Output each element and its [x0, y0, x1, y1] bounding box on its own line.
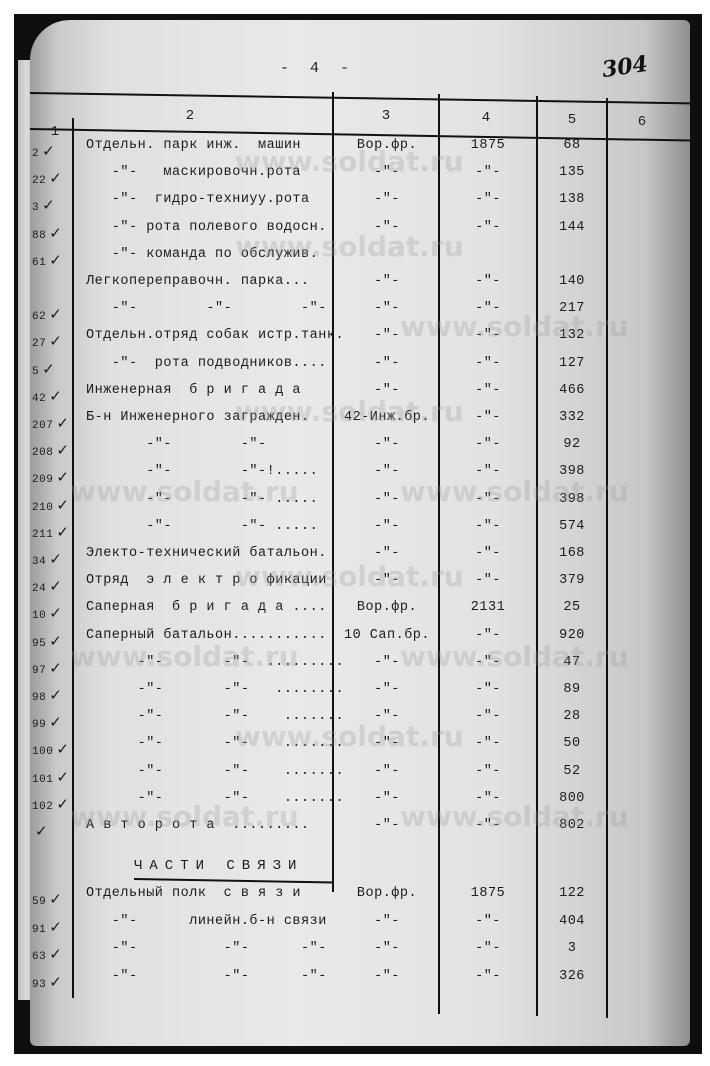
row-number: 97✓ [32, 659, 72, 677]
table-row: 3✓ -"- гидро-техниуу.рота-"--"-138 [30, 192, 690, 218]
list-number: 3 [538, 941, 606, 956]
row-number: 34✓ [32, 550, 72, 568]
section-title: ЧАСТИ СВЯЗИ [134, 858, 303, 874]
row-number-value: 100 [32, 746, 53, 758]
list-number: 466 [538, 383, 606, 398]
row-number: 101✓ [32, 768, 72, 786]
row-number: 2✓ [32, 142, 72, 160]
table-row: 91✓ -"- линейн.б-н связи-"--"-404 [30, 914, 690, 940]
list-number: 89 [538, 682, 606, 697]
table-row: 5✓ -"- рота подводников....-"--"-127 [30, 356, 690, 382]
checkmark-icon: ✓ [49, 604, 62, 622]
column-header-4: 4 [466, 110, 506, 126]
checkmark-icon: ✓ [56, 740, 69, 758]
checkmark-icon: ✓ [49, 577, 62, 595]
checkmark-icon: ✓ [49, 918, 62, 936]
row-number: 211✓ [32, 523, 72, 541]
list-number: 140 [538, 274, 606, 289]
watermark: www.soldat.ru [235, 395, 464, 428]
unit-name: -"- -"- -"- [86, 969, 336, 984]
list-number: 122 [538, 886, 606, 901]
unit-name: -"- -"- [86, 437, 336, 452]
row-number-value: 88 [32, 230, 46, 242]
table-row: 98✓ -"- -"- ........-"--"-89 [30, 682, 690, 708]
row-number: 98✓ [32, 686, 72, 704]
checkmark-icon: ✓ [56, 768, 69, 786]
checkmark-icon: ✓ [56, 496, 69, 514]
unit-name: -"- линейн.б-н связи [86, 914, 336, 929]
row-number: 207✓ [32, 414, 72, 432]
watermark: www.soldat.ru [400, 640, 629, 673]
row-number: 99✓ [32, 713, 72, 731]
field-post: -"- [440, 969, 536, 984]
subordination: -"- [334, 969, 440, 984]
field-post: -"- [440, 764, 536, 779]
list-number: 92 [538, 437, 606, 452]
subordination: -"- [334, 682, 440, 697]
list-number: 127 [538, 356, 606, 371]
list-number: 326 [538, 969, 606, 984]
checkmark-icon: ✓ [49, 686, 62, 704]
row-number: 42✓ [32, 387, 72, 405]
subordination: -"- [334, 546, 440, 561]
row-number-value: 95 [32, 638, 46, 650]
watermark: www.soldat.ru [235, 230, 464, 263]
field-post: -"- [440, 519, 536, 534]
checkmark-icon: ✓ [49, 973, 62, 991]
checkmark-icon: ✓ [49, 305, 62, 323]
subordination: -"- [334, 437, 440, 452]
field-post: 2131 [440, 600, 536, 615]
checkmark-icon: ✓ [49, 550, 62, 568]
table-row: 63✓ -"- -"- -"--"--"-3 [30, 941, 690, 967]
page-number: - 4 - [280, 60, 355, 77]
subordination: -"- [334, 356, 440, 371]
field-post: 1875 [440, 886, 536, 901]
row-number: 59✓ [32, 890, 72, 908]
column-header-6: 6 [622, 114, 662, 130]
row-number-value: 61 [32, 257, 46, 269]
row-number: 209✓ [32, 468, 72, 486]
unit-name: -"- рота подводников.... [86, 356, 336, 371]
unit-name: Отдельный полк с в я з и [86, 886, 336, 901]
checkmark-icon: ✓ [49, 659, 62, 677]
row-number-value: 42 [32, 393, 46, 405]
watermark: www.soldat.ru [70, 475, 299, 508]
table-row: 208✓ -"- -"--"--"-92 [30, 437, 690, 463]
list-number: 379 [538, 573, 606, 588]
field-post: -"- [440, 356, 536, 371]
row-number: 95✓ [32, 632, 72, 650]
checkmark-icon: ✓ [49, 387, 62, 405]
field-post: -"- [440, 941, 536, 956]
unit-name: -"- -"- -"- [86, 941, 336, 956]
watermark: www.soldat.ru [400, 800, 629, 833]
table-top-border [30, 92, 690, 104]
column-header-3: 3 [366, 108, 406, 124]
column-header-5: 5 [552, 112, 592, 128]
unit-name: -"- -"- ........ [86, 682, 336, 697]
row-number-value: 99 [32, 719, 46, 731]
row-number: 10✓ [32, 604, 72, 622]
list-number: 52 [538, 764, 606, 779]
row-number-value: 27 [32, 338, 46, 350]
row-number-value: 102 [32, 801, 53, 813]
checkmark-icon: ✓ [42, 196, 55, 214]
watermark: www.soldat.ru [400, 310, 629, 343]
archive-stamp: 304 [600, 51, 649, 83]
list-number: 28 [538, 709, 606, 724]
list-number: 25 [538, 600, 606, 615]
watermark: www.soldat.ru [235, 560, 464, 593]
unit-name: Электо-технический батальон. [86, 546, 336, 561]
watermark: www.soldat.ru [400, 475, 629, 508]
row-number-value: 91 [32, 924, 46, 936]
row-number: 208✓ [32, 441, 72, 459]
subordination: -"- [334, 764, 440, 779]
row-number-value: 24 [32, 583, 46, 595]
subordination: -"- [334, 914, 440, 929]
field-post: -"- [440, 546, 536, 561]
checkmark-icon: ✓ [42, 142, 55, 160]
row-number-value: 10 [32, 610, 46, 622]
list-number: 168 [538, 546, 606, 561]
row-number: 210✓ [32, 496, 72, 514]
unit-name: Саперная б р и г а д а .... [86, 600, 336, 615]
checkmark-icon: ✓ [49, 890, 62, 908]
field-post: -"- [440, 274, 536, 289]
list-number: 135 [538, 165, 606, 180]
list-number: 574 [538, 519, 606, 534]
row-number: 91✓ [32, 918, 72, 936]
row-number: 63✓ [32, 945, 72, 963]
checkmark-icon: ✓ [42, 360, 55, 378]
row-number-value: 98 [32, 692, 46, 704]
unit-name: -"- -"- -"- [86, 301, 336, 316]
row-number-value: 101 [32, 774, 53, 786]
row-number-value: 210 [32, 502, 53, 514]
row-number-value: 97 [32, 665, 46, 677]
field-post: -"- [440, 437, 536, 452]
unit-name: Легкопереправочн. парка... [86, 274, 336, 289]
row-number: 27✓ [32, 332, 72, 350]
field-post: -"- [440, 914, 536, 929]
list-number: 68 [538, 138, 606, 153]
subordination: Вор.фр. [334, 886, 440, 901]
checkmark-icon: ✓ [49, 224, 62, 242]
row-number-value: 62 [32, 311, 46, 323]
column-header-2: 2 [170, 108, 210, 124]
checkmark-icon: ✓ [56, 441, 69, 459]
row-number-value: 22 [32, 175, 46, 187]
row-number-value: 59 [32, 896, 46, 908]
checkmark-icon: ✓ [49, 251, 62, 269]
row-number: 100✓ [32, 740, 72, 758]
row-number: 102✓ [32, 795, 72, 813]
list-number: 144 [538, 220, 606, 235]
list-number: 50 [538, 736, 606, 751]
checkmark-icon: ✓ [56, 468, 69, 486]
row-number: 24✓ [32, 577, 72, 595]
row-number: 88✓ [32, 224, 72, 242]
unit-name: -"- -"- ....... [86, 764, 336, 779]
checkmark-icon: ✓ [56, 795, 69, 813]
unit-name: -"- гидро-техниуу.рота [86, 192, 336, 207]
subordination: -"- [334, 274, 440, 289]
row-number: 3✓ [32, 196, 72, 214]
subordination: -"- [334, 192, 440, 207]
field-post: -"- [440, 682, 536, 697]
row-number: 62✓ [32, 305, 72, 323]
row-number-value: 209 [32, 474, 53, 486]
subordination: -"- [334, 941, 440, 956]
row-number-value: 211 [32, 529, 53, 541]
table-row: 93✓ -"- -"- -"--"--"-326 [30, 969, 690, 995]
section-underline [134, 878, 334, 883]
row-number [32, 278, 72, 296]
row-number-value: 5 [32, 366, 39, 378]
checkmark-icon: ✓ [56, 523, 69, 541]
watermark: www.soldat.ru [70, 640, 299, 673]
row-number-value: 2 [32, 148, 39, 160]
row-number: 61✓ [32, 251, 72, 269]
checkmark-icon: ✓ [49, 332, 62, 350]
watermark: www.soldat.ru [235, 720, 464, 753]
table-row: 211✓ -"- -"- .....-"--"-574 [30, 519, 690, 545]
list-number: 138 [538, 192, 606, 207]
checkmark-icon: ✓ [49, 713, 62, 731]
table-row: 101✓ -"- -"- .......-"--"-52 [30, 764, 690, 790]
field-post: -"- [440, 192, 536, 207]
list-number: 332 [538, 410, 606, 425]
table-row: 10✓Саперная б р и г а д а ....Вор.фр.213… [30, 600, 690, 626]
table-row: 59✓Отдельный полк с в я з иВор.фр.187512… [30, 886, 690, 912]
watermark: www.soldat.ru [235, 145, 464, 178]
subordination: -"- [334, 519, 440, 534]
row-number: 22✓ [32, 169, 72, 187]
row-number-value: 3 [32, 202, 39, 214]
subordination: Вор.фр. [334, 600, 440, 615]
row-number-value: 208 [32, 447, 53, 459]
list-number: 404 [538, 914, 606, 929]
document-page: - 4 - 304 1 2 3 4 5 6 2✓Отдельн. парк ин… [30, 20, 690, 1046]
watermark: www.soldat.ru [70, 800, 299, 833]
checkmark-icon: ✓ [35, 822, 48, 840]
row-number: ✓ [32, 822, 72, 840]
checkmark-icon: ✓ [49, 169, 62, 187]
checkmark-icon: ✓ [56, 414, 69, 432]
checkmark-icon: ✓ [49, 945, 62, 963]
row-number-value: 34 [32, 556, 46, 568]
row-number-value: 93 [32, 979, 46, 991]
row-number-value: 63 [32, 951, 46, 963]
row-number-value: 207 [32, 420, 53, 432]
row-number: 93✓ [32, 973, 72, 991]
checkmark-icon: ✓ [49, 632, 62, 650]
row-number: 5✓ [32, 360, 72, 378]
unit-name: Отдельн.отряд собак истр.танк. [86, 328, 336, 343]
unit-name: -"- -"- ..... [86, 519, 336, 534]
table-row: Легкопереправочн. парка...-"--"-140 [30, 274, 690, 300]
